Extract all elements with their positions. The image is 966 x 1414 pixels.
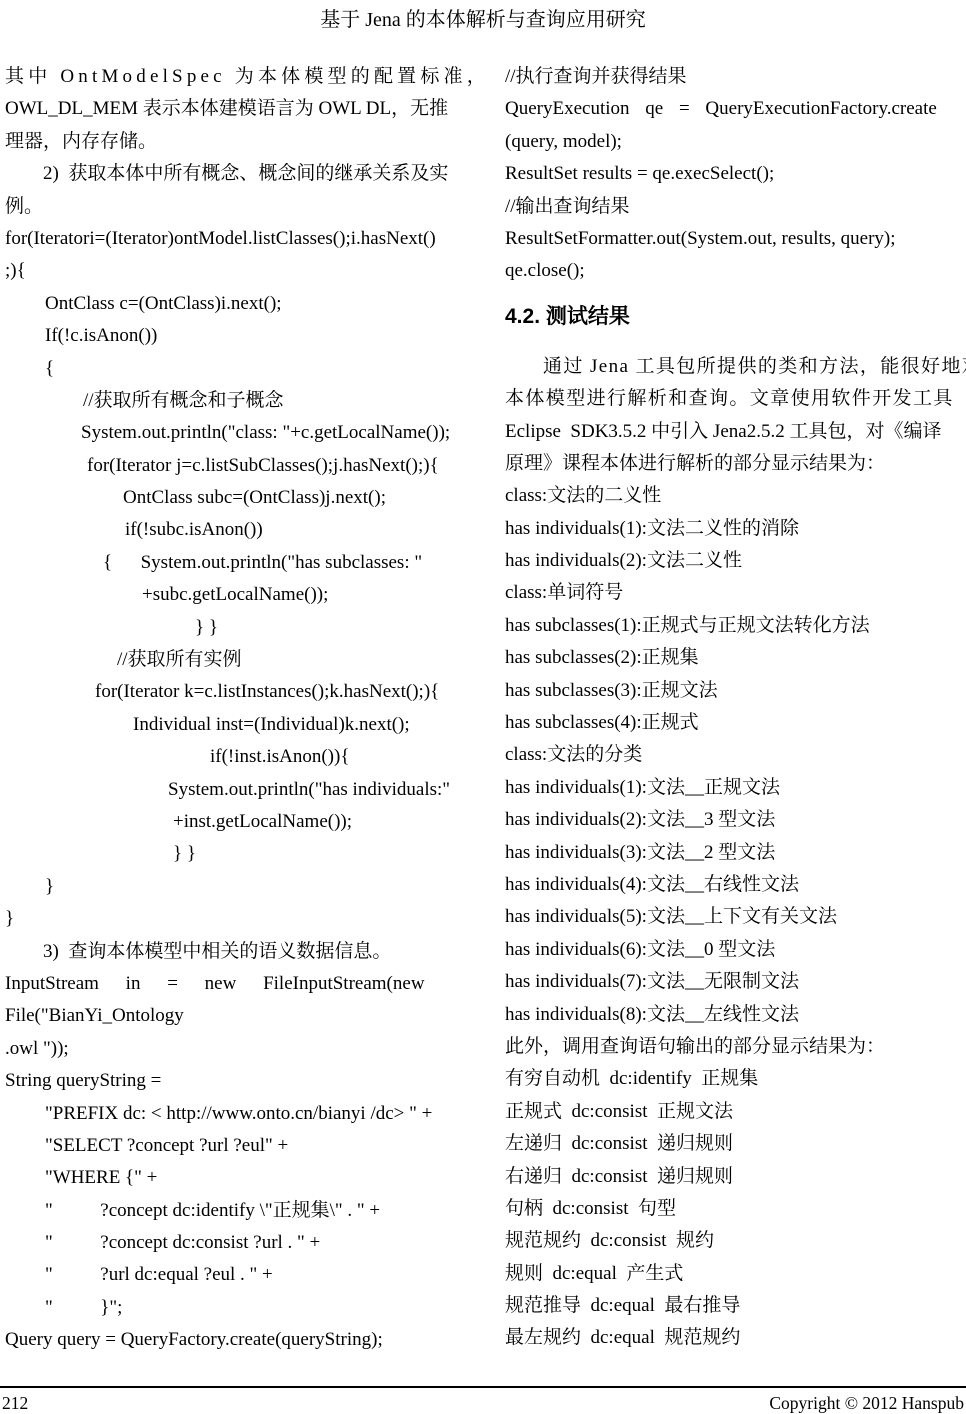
text-line: } } — [5, 838, 463, 870]
text-line: " ?concept dc:consist ?url . " + — [5, 1227, 463, 1259]
test-results-block: 通过 Jena 工具包所提供的类和方法，能很好地对本体模型进行解析和查询。文章使… — [505, 351, 963, 1355]
text-line: has subclasses(4):正规式 — [505, 707, 963, 739]
text-line: 有穷自动机 dc:identify 正规集 — [505, 1063, 963, 1095]
text-line: +subc.getLocalName()); — [5, 579, 463, 611]
page-title: 基于 Jena 的本体解析与查询应用研究 — [0, 6, 966, 34]
text-line: " ?url dc:equal ?eul . " + — [5, 1259, 463, 1291]
text-line: has individuals(3):文法__2 型文法 — [505, 837, 963, 869]
text-line: //输出查询结果 — [505, 191, 963, 223]
text-line: has individuals(2):文法二义性 — [505, 545, 963, 577]
page-footer: 212 Copyright © 2012 Hanspub — [0, 1386, 966, 1414]
copyright-notice: Copyright © 2012 Hanspub — [769, 1392, 964, 1414]
text-line: File("BianYi_Ontology — [5, 1000, 463, 1032]
text-line: { System.out.println("has subclasses: " — [5, 547, 463, 579]
text-line: qe.close(); — [505, 255, 963, 287]
text-line: class:文法的分类 — [505, 739, 963, 771]
text-line: 句柄 dc:consist 句型 — [505, 1193, 963, 1225]
text-line: 本体模型进行解析和查询。文章使用软件开发工具 — [505, 383, 963, 415]
text-line: has individuals(2):文法__3 型文法 — [505, 804, 963, 836]
text-line: //获取所有概念和子概念 — [5, 385, 463, 417]
text-line: System.out.println("class: "+c.getLocalN… — [5, 417, 463, 449]
text-line: ;){ — [5, 255, 463, 287]
text-line: 右递归 dc:consist 递归规则 — [505, 1161, 963, 1193]
text-line: QueryExecution qe = QueryExecutionFactor… — [505, 93, 963, 125]
text-line: //获取所有实例 — [5, 644, 463, 676]
text-line: InputStream in = new FileInputStream(new — [5, 968, 463, 1000]
text-line: "SELECT ?concept ?url ?eul" + — [5, 1130, 463, 1162]
text-line: has individuals(6):文法__0 型文法 — [505, 934, 963, 966]
left-column: 其中 OntModelSpec 为本体模型的配置标准，OWL_DL_MEM 表示… — [5, 61, 463, 1357]
text-line: ResultSet results = qe.execSelect(); — [505, 158, 963, 190]
text-line: OntClass c=(OntClass)i.next(); — [5, 288, 463, 320]
text-line: OntClass subc=(OntClass)j.next(); — [5, 482, 463, 514]
text-line: 最左规约 dc:equal 规范规约 — [505, 1322, 963, 1354]
text-line: 规范推导 dc:equal 最右推导 — [505, 1290, 963, 1322]
text-line: 通过 Jena 工具包所提供的类和方法，能很好地对 — [505, 351, 963, 383]
text-line: System.out.println("has individuals:" — [5, 774, 463, 806]
two-column-body: 其中 OntModelSpec 为本体模型的配置标准，OWL_DL_MEM 表示… — [5, 61, 963, 1357]
text-line: 原理》课程本体进行解析的部分显示结果为： — [505, 448, 963, 480]
text-line: 规则 dc:equal 产生式 — [505, 1258, 963, 1290]
text-line: has individuals(5):文法__上下文有关文法 — [505, 901, 963, 933]
text-line: { — [5, 353, 463, 385]
section-heading: 4.2. 测试结果 — [505, 303, 963, 331]
text-line: class:文法的二义性 — [505, 480, 963, 512]
text-line: has individuals(4):文法__右线性文法 — [505, 869, 963, 901]
text-line: for(Iterator k=c.listInstances();k.hasNe… — [5, 676, 463, 708]
text-line: String queryString = — [5, 1065, 463, 1097]
text-line: 其中 OntModelSpec 为本体模型的配置标准， — [5, 61, 463, 93]
text-line: has individuals(1):文法二义性的消除 — [505, 513, 963, 545]
text-line: .owl ")); — [5, 1033, 463, 1065]
text-line: //执行查询并获得结果 — [505, 61, 963, 93]
text-line: " ?concept dc:identify \"正规集\" . " + — [5, 1195, 463, 1227]
text-line: class:单词符号 — [505, 577, 963, 609]
text-line: 左递归 dc:consist 递归规则 — [505, 1128, 963, 1160]
text-line: OWL_DL_MEM 表示本体建模语言为 OWL DL，无推 — [5, 93, 463, 125]
paper-page: 基于 Jena 的本体解析与查询应用研究 其中 OntModelSpec 为本体… — [0, 0, 966, 1414]
text-line: } — [5, 871, 463, 903]
text-line: (query, model); — [505, 126, 963, 158]
text-line: 规范规约 dc:consist 规约 — [505, 1225, 963, 1257]
text-line: has subclasses(2):正规集 — [505, 642, 963, 674]
text-line: has subclasses(1):正规式与正规文法转化方法 — [505, 610, 963, 642]
text-line: Eclipse SDK3.5.2 中引入 Jena2.5.2 工具包，对《编译 — [505, 416, 963, 448]
text-line: 正规式 dc:consist 正规文法 — [505, 1096, 963, 1128]
text-line: 2) 获取本体中所有概念、概念间的继承关系及实 — [5, 158, 463, 190]
page-number: 212 — [2, 1392, 28, 1414]
text-line: } } — [5, 612, 463, 644]
text-line: has individuals(7):文法__无限制文法 — [505, 966, 963, 998]
text-line: for(Iteratori=(Iterator)ontModel.listCla… — [5, 223, 463, 255]
text-line: "WHERE {" + — [5, 1162, 463, 1194]
text-line: " }"; — [5, 1292, 463, 1324]
text-line: 例。 — [5, 191, 463, 223]
text-line: "PREFIX dc: < http://www.onto.cn/bianyi … — [5, 1098, 463, 1130]
query-code-block: //执行查询并获得结果QueryExecution qe = QueryExec… — [505, 61, 963, 288]
text-line: if(!subc.isAnon()) — [5, 514, 463, 546]
text-line: has individuals(1):文法__正规文法 — [505, 772, 963, 804]
text-line: 理器，内存存储。 — [5, 126, 463, 158]
text-line: ResultSetFormatter.out(System.out, resul… — [505, 223, 963, 255]
text-line: has individuals(8):文法__左线性文法 — [505, 999, 963, 1031]
text-line: if(!inst.isAnon()){ — [5, 741, 463, 773]
text-line: If(!c.isAnon()) — [5, 320, 463, 352]
right-column: //执行查询并获得结果QueryExecution qe = QueryExec… — [505, 61, 963, 1357]
text-line: has subclasses(3):正规文法 — [505, 675, 963, 707]
text-line: 此外，调用查询语句输出的部分显示结果为： — [505, 1031, 963, 1063]
text-line: Query query = QueryFactory.create(queryS… — [5, 1324, 463, 1356]
text-line: Individual inst=(Individual)k.next(); — [5, 709, 463, 741]
text-line: 3) 查询本体模型中相关的语义数据信息。 — [5, 936, 463, 968]
text-line: for(Iterator j=c.listSubClasses();j.hasN… — [5, 450, 463, 482]
text-line: +inst.getLocalName()); — [5, 806, 463, 838]
text-line: } — [5, 903, 463, 935]
